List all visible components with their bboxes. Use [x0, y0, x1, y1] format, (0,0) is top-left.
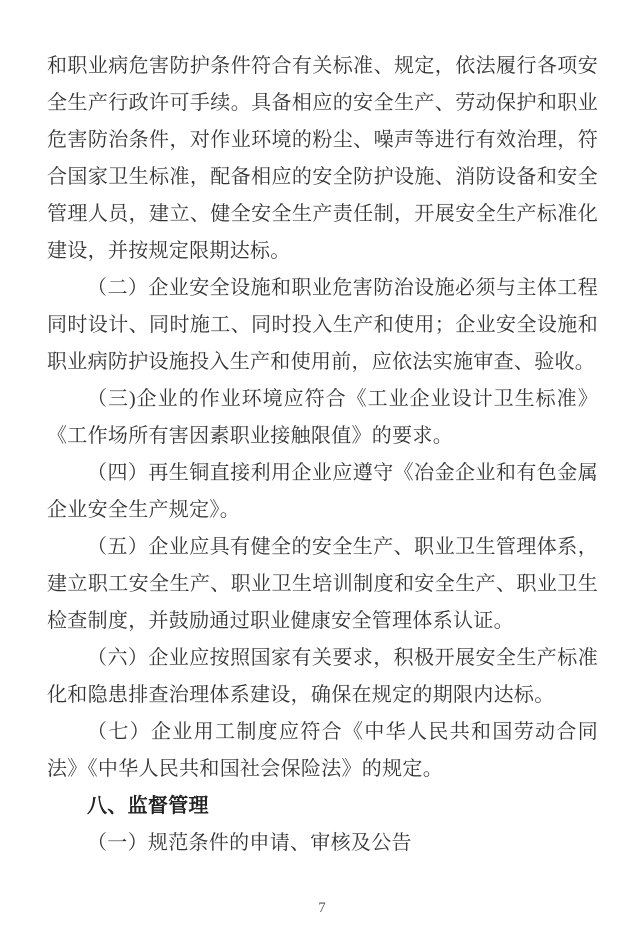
section-heading-supervision: 八、监督管理 — [47, 788, 598, 825]
paragraph-item-7: （七）企业用工制度应符合《中华人民共和国劳动合同法》《中华人民共和国社会保险法》… — [47, 714, 598, 788]
document-page: 和职业病危害防护条件符合有关标准、规定，依法履行各项安全生产行政许可手续。具备相… — [0, 0, 644, 929]
paragraph-item-5: （五）企业应具有健全的安全生产、职业卫生管理体系，建立职工安全生产、职业卫生培训… — [47, 529, 598, 640]
paragraph-item-4: （四）再生铜直接利用企业应遵守《冶金企业和有色金属企业安全生产规定》。 — [47, 455, 598, 529]
paragraph-item-2: （二）企业安全设施和职业危害防治设施必须与主体工程同时设计、同时施工、同时投入生… — [47, 270, 598, 381]
page-number: 7 — [0, 900, 644, 917]
document-body: 和职业病危害防护条件符合有关标准、规定，依法履行各项安全生产行政许可手续。具备相… — [47, 48, 598, 862]
paragraph-item-6: （六）企业应按照国家有关要求，积极开展安全生产标准化和隐患排查治理体系建设，确保… — [47, 640, 598, 714]
paragraph-item-3: （三)企业的作业环境应符合《工业企业设计卫生标准》《工作场所有害因素职业接触限值… — [47, 381, 598, 455]
paragraph-item-1-new-section: （一）规范条件的申请、审核及公告 — [47, 825, 598, 862]
paragraph-continuation: 和职业病危害防护条件符合有关标准、规定，依法履行各项安全生产行政许可手续。具备相… — [47, 48, 598, 270]
